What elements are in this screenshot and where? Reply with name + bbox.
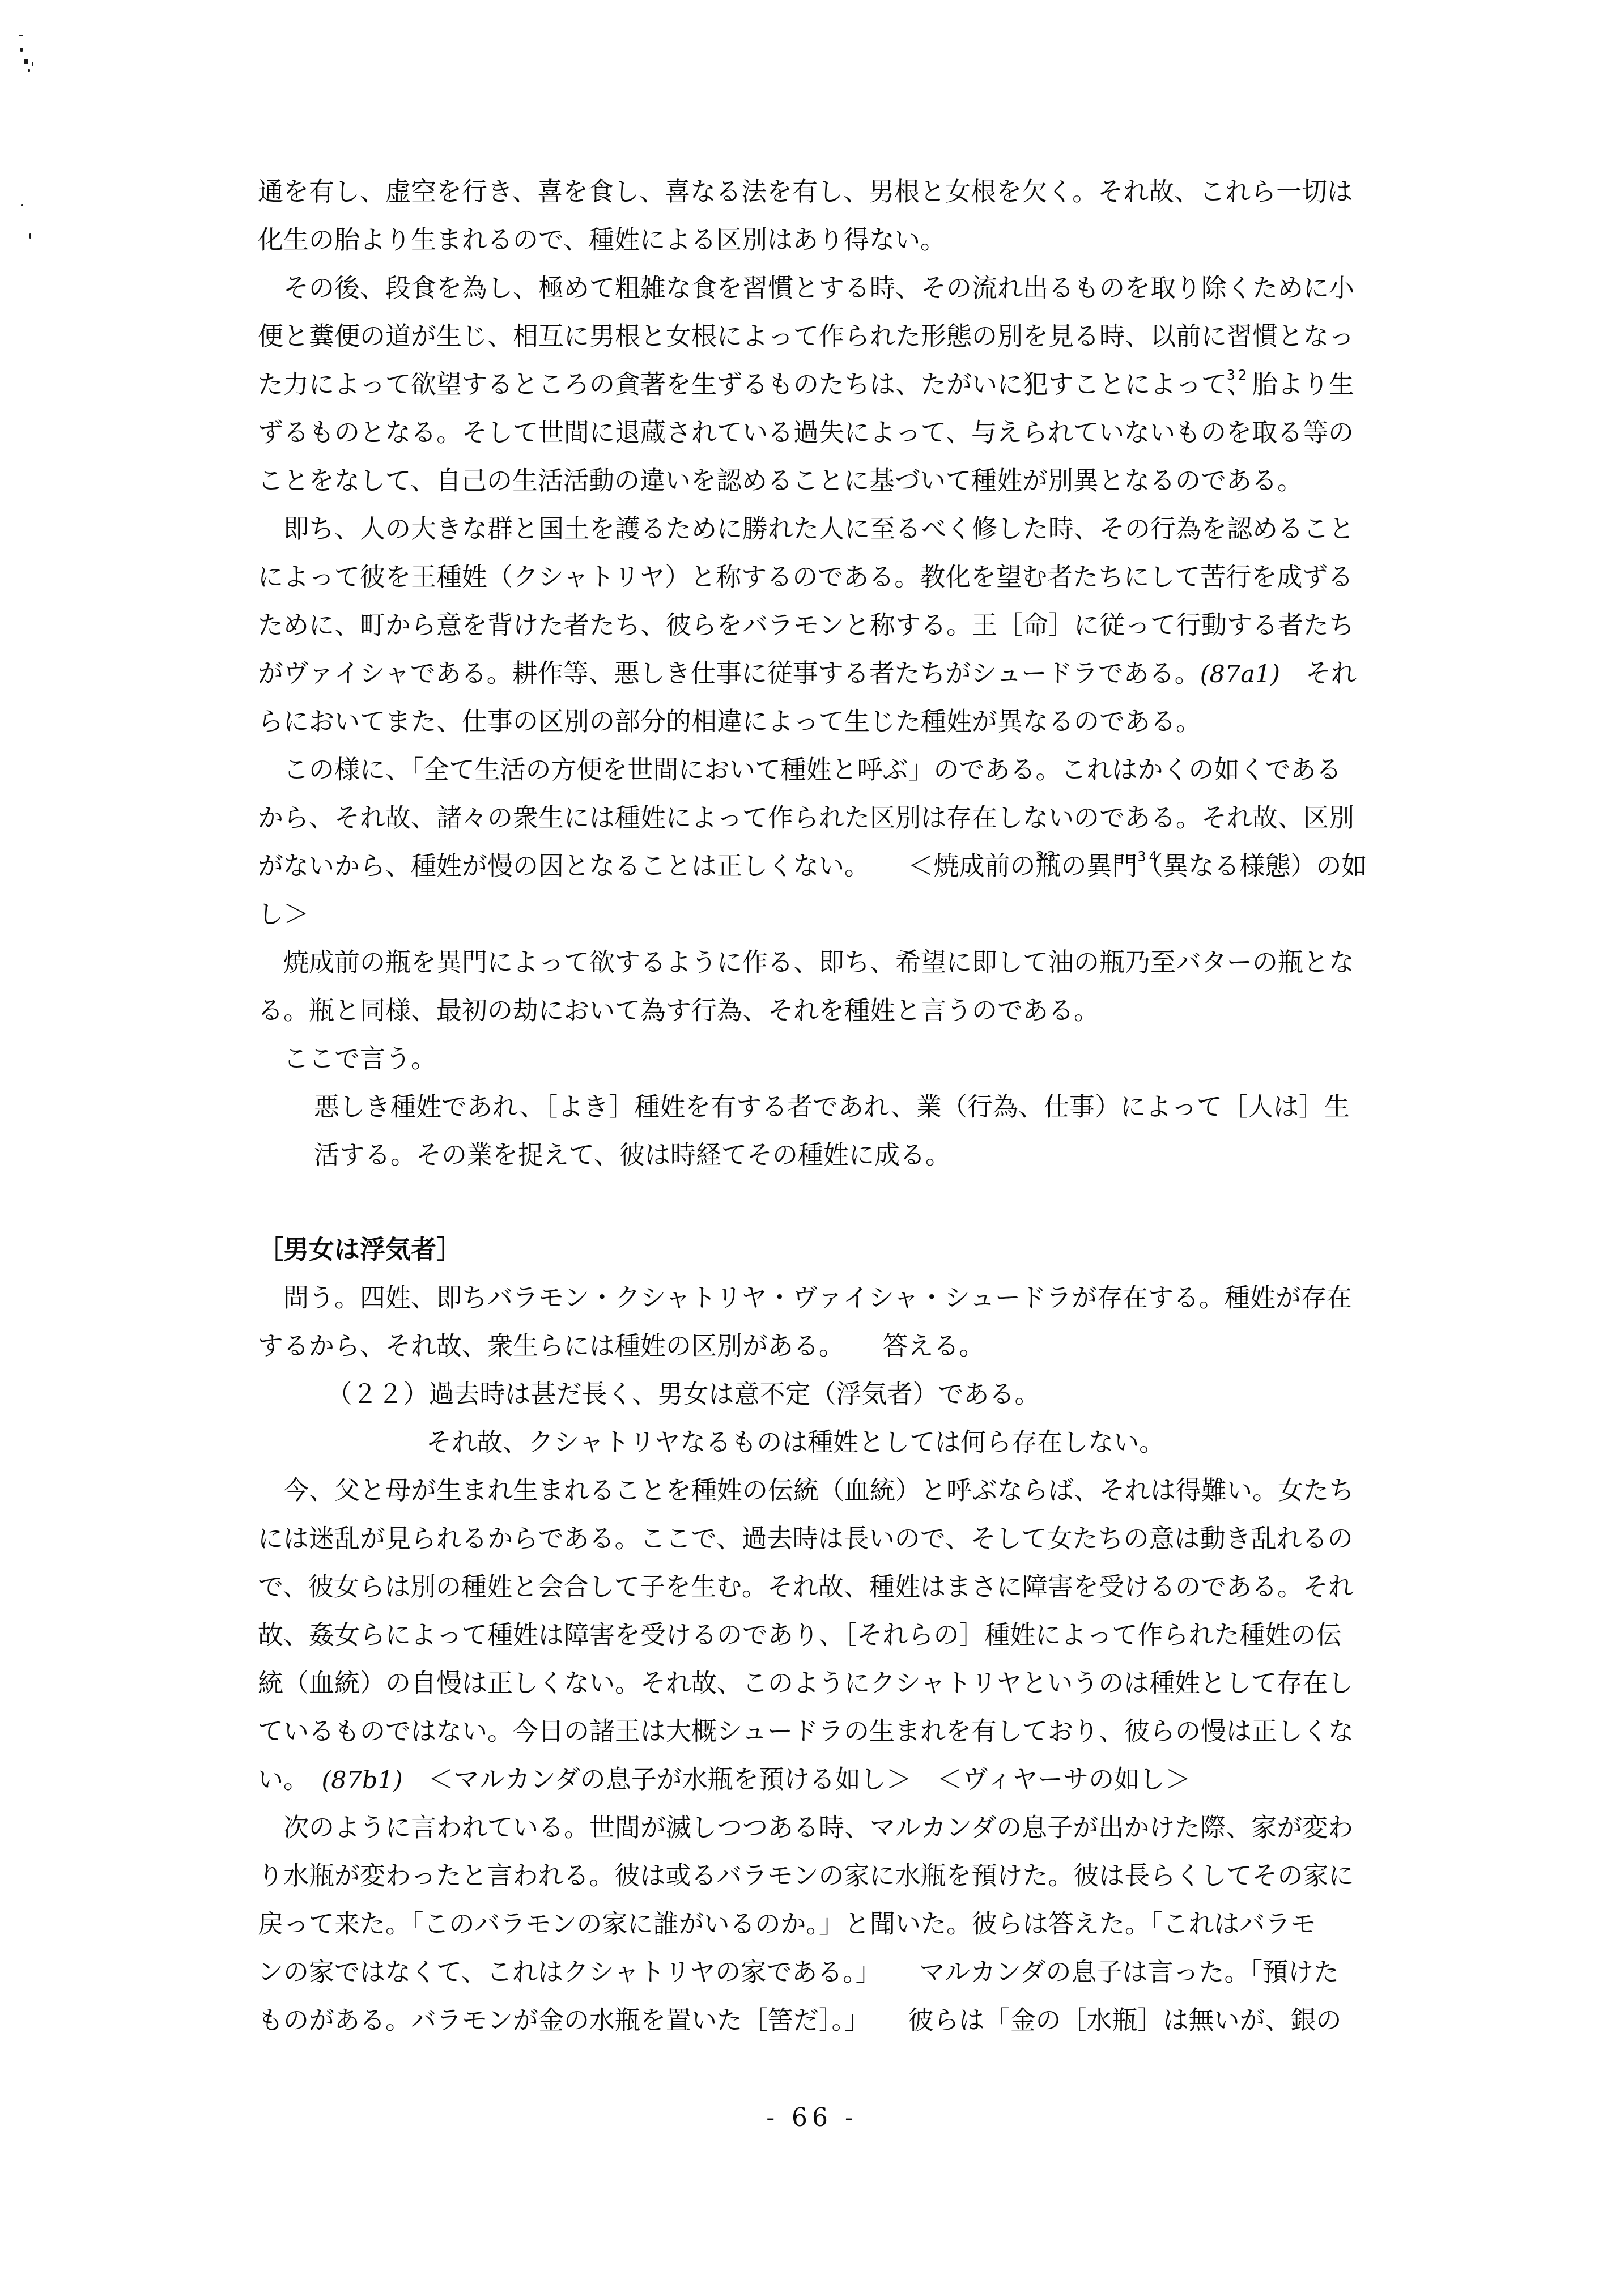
text-line: い。 (87b1) ＜マルカンダの息子が水瓶を預ける如し＞ ＜ヴィヤーサの如し＞: [258, 1755, 1516, 1804]
text-line: 戻って来た。「このバラモンの家に誰がいるのか。」と聞いた。彼らは答えた。「これは…: [258, 1900, 1516, 1948]
scan-speckle: [32, 62, 33, 66]
text-line: 次のように言われている。世間が滅しつつある時、マルカンダの息子が出かけた際、家が…: [258, 1804, 1516, 1852]
text-line: 便と糞便の道が生じ、相互に男根と女根によって作られた形態の別を見る時、以前に習慣…: [258, 312, 1516, 360]
text-line: によって彼を王種姓（クシャトリヤ）と称するのである。教化を望む者たちにして苦行を…: [258, 553, 1516, 601]
text-line: 問う。四姓、即ちバラモン・クシャトリヤ・ヴァイシャ・シュードラが存在する。種姓が…: [258, 1274, 1516, 1322]
document-page: 通を有し、虚空を行き、喜を食し、喜なる法を有し、男根と女根を欠く。それ故、これら…: [0, 0, 1624, 2296]
text-line: ここで言う。: [258, 1035, 1516, 1083]
text-line: ことをなして、自己の生活活動の違いを認めることに基づいて種姓が別異となるのである…: [258, 457, 1516, 505]
text-line: それ故、クシャトリヤなるものは種姓としては何ら存在しない。: [258, 1418, 1516, 1466]
text-line: 統（血統）の自慢は正しくない。それ故、このようにクシャトリヤというのは種姓として…: [258, 1659, 1516, 1707]
text-line: （２２）過去時は甚だ長く、男女は意不定（浮気者）である。: [258, 1370, 1516, 1418]
text-line: から、それ故、諸々の衆生には種姓によって作られた区別は存在しないのである。それ故…: [258, 794, 1516, 842]
text-line: し＞: [258, 890, 1516, 938]
text-line: ずるものとなる。そして世間に退蔵されている過失によって、与えられていないものを取…: [258, 409, 1516, 457]
scan-speckle: [28, 69, 30, 72]
scan-speckle: [24, 59, 28, 64]
text-line: その後、段食を為し、極めて粗雑な食を習慣とする時、その流れ出るものを取り除くため…: [258, 264, 1516, 312]
text-line: 焼成前の瓶を異門によって欲するように作る、即ち、希望に即して油の瓶乃至バターの瓶…: [258, 938, 1516, 987]
text-line: で、彼女らは別の種姓と会合して子を生む。それ故、種姓はまさに障害を受けるのである…: [258, 1563, 1516, 1611]
page-number: - 66 -: [0, 2094, 1624, 2142]
text-line: には迷乱が見られるからである。ここで、過去時は長いので、そして女たちの意は動き乱…: [258, 1515, 1516, 1563]
scan-speckle: [20, 48, 23, 52]
text-line: ために、町から意を背けた者たち、彼らをバラモンと称する。王［命］に従って行動する…: [258, 601, 1516, 649]
text-line: がヴァイシャである。耕作等、悪しき仕事に従事する者たちがシュードラである。(87…: [258, 649, 1516, 698]
text-line: た力によって欲望するところの貪著を生ずるものたちは、たがいに犯すことによって32…: [258, 360, 1516, 409]
text-line: この様に、「全て生活の方便を世間において種姓と呼ぶ」のである。これはかくの如くで…: [258, 746, 1516, 794]
text-line: がないから、種姓が慢の因となることは正しくない。 ＜焼成前の33瓶の異門34（異…: [258, 842, 1516, 890]
scan-speckle: [29, 233, 31, 239]
text-line: ンの家ではなくて、これはクシャトリヤの家である。」 マルカンダの息子は言った。「…: [258, 1948, 1516, 1996]
text-line: らにおいてまた、仕事の区別の部分的相違によって生じた種姓が異なるのである。: [258, 698, 1516, 746]
text-line: するから、それ故、衆生らには種姓の区別がある。 答える。: [258, 1322, 1516, 1370]
text-line: 故、姦女らによって種姓は障害を受けるのであり、［それらの］種姓によって作られた種…: [258, 1611, 1516, 1659]
text-line: 通を有し、虚空を行き、喜を食し、喜なる法を有し、男根と女根を欠く。それ故、これら…: [258, 168, 1516, 216]
folio-ref: (87a1): [1200, 660, 1280, 688]
text-line: ているものではない。今日の諸王は大概シュードラの生まれを有しており、彼らの慢は正…: [258, 1707, 1516, 1755]
text-line: 活する。その業を捉えて、彼は時経てその種姓に成る。: [258, 1131, 1516, 1179]
text-line: 今、父と母が生まれ生まれることを種姓の伝統（血統）と呼ぶならば、それは得難い。女…: [258, 1466, 1516, 1515]
text-line: り水瓶が変わったと言われる。彼は或るバラモンの家に水瓶を預けた。彼は長らくしてそ…: [258, 1852, 1516, 1900]
scan-speckle: [19, 35, 23, 36]
scan-speckle: [21, 204, 23, 206]
text-line: 悪しき種姓であれ、［よき］種姓を有する者であれ、業（行為、仕事）によって［人は］…: [258, 1083, 1516, 1131]
text-line: ものがある。バラモンが金の水瓶を置いた［筈だ］。」 彼らは「金の［水瓶］は無いが…: [258, 1996, 1516, 2044]
section-heading: ［男女は浮気者］: [258, 1226, 1516, 1274]
text-line: 即ち、人の大きな群と国土を護るために勝れた人に至るべく修した時、その行為を認める…: [258, 505, 1516, 553]
body-text: 通を有し、虚空を行き、喜を食し、喜なる法を有し、男根と女根を欠く。それ故、これら…: [258, 168, 1516, 2044]
text-line: 化生の胎より生まれるので、種姓による区別はあり得ない。: [258, 216, 1516, 264]
folio-ref: (87b1): [322, 1766, 403, 1795]
text-line: る。瓶と同様、最初の劫において為す行為、それを種姓と言うのである。: [258, 987, 1516, 1035]
